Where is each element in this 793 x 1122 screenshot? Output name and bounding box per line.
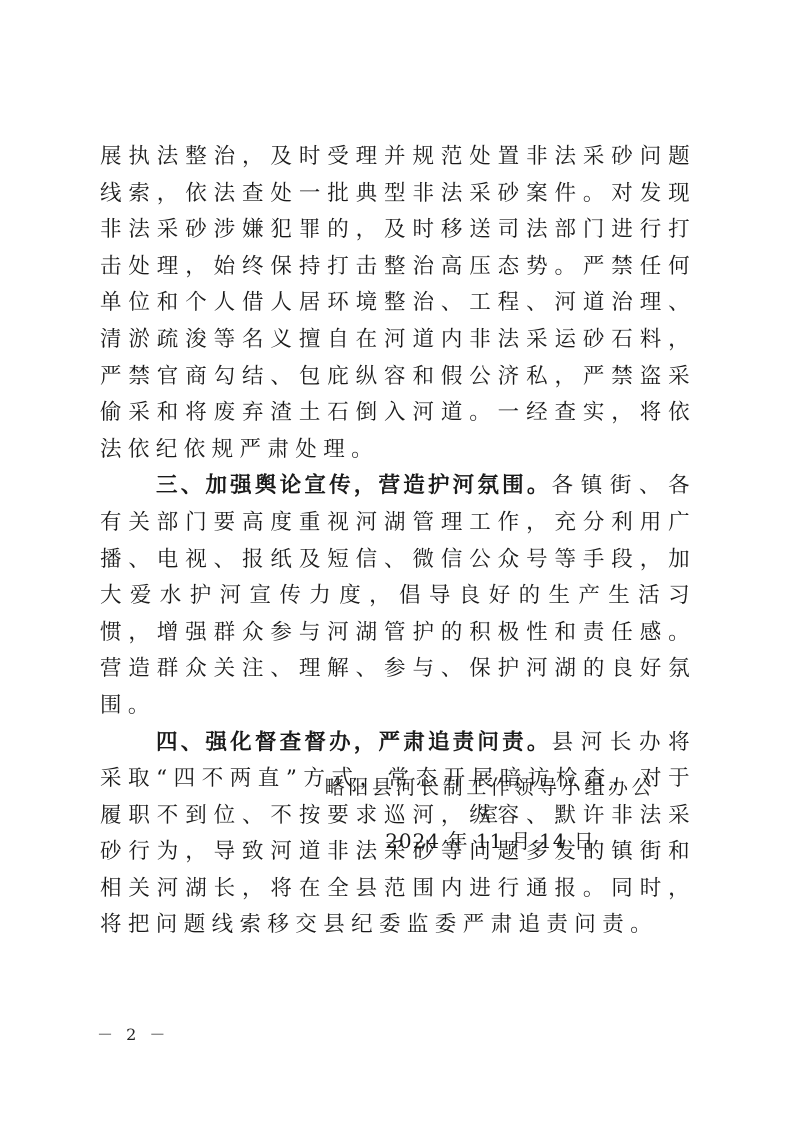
section-heading-four: 四、强化督查督办，严肃追责问责。 — [156, 730, 552, 755]
signature-block: 略阳县河长制工作领导小组办公室 2024 年 11 月 14 日 — [320, 774, 660, 855]
paragraph-text: 展执法整治，及时受理并规范处置非法采砂问题线索，依法查处一批典型非法采砂案件。对… — [100, 144, 696, 462]
issuing-organization: 略阳县河长制工作领导小组办公室 — [320, 774, 660, 828]
page-number: － 2 － — [97, 1022, 169, 1045]
paragraph-text: 各镇街、各有关部门要高度重视河湖管理工作，充分利用广播、电视、报纸及短信、微信公… — [100, 473, 696, 718]
paragraph-section-three: 三、加强舆论宣传，营造护河氛围。各镇街、各有关部门要高度重视河湖管理工作，充分利… — [100, 468, 696, 724]
section-heading-three: 三、加强舆论宣传，营造护河氛围。 — [156, 473, 552, 498]
paragraph-continuation: 展执法整治，及时受理并规范处置非法采砂问题线索，依法查处一批典型非法采砂案件。对… — [100, 139, 696, 468]
document-page: 展执法整治，及时受理并规范处置非法采砂问题线索，依法查处一批典型非法采砂案件。对… — [0, 0, 793, 1122]
issue-date: 2024 年 11 月 14 日 — [320, 828, 660, 855]
